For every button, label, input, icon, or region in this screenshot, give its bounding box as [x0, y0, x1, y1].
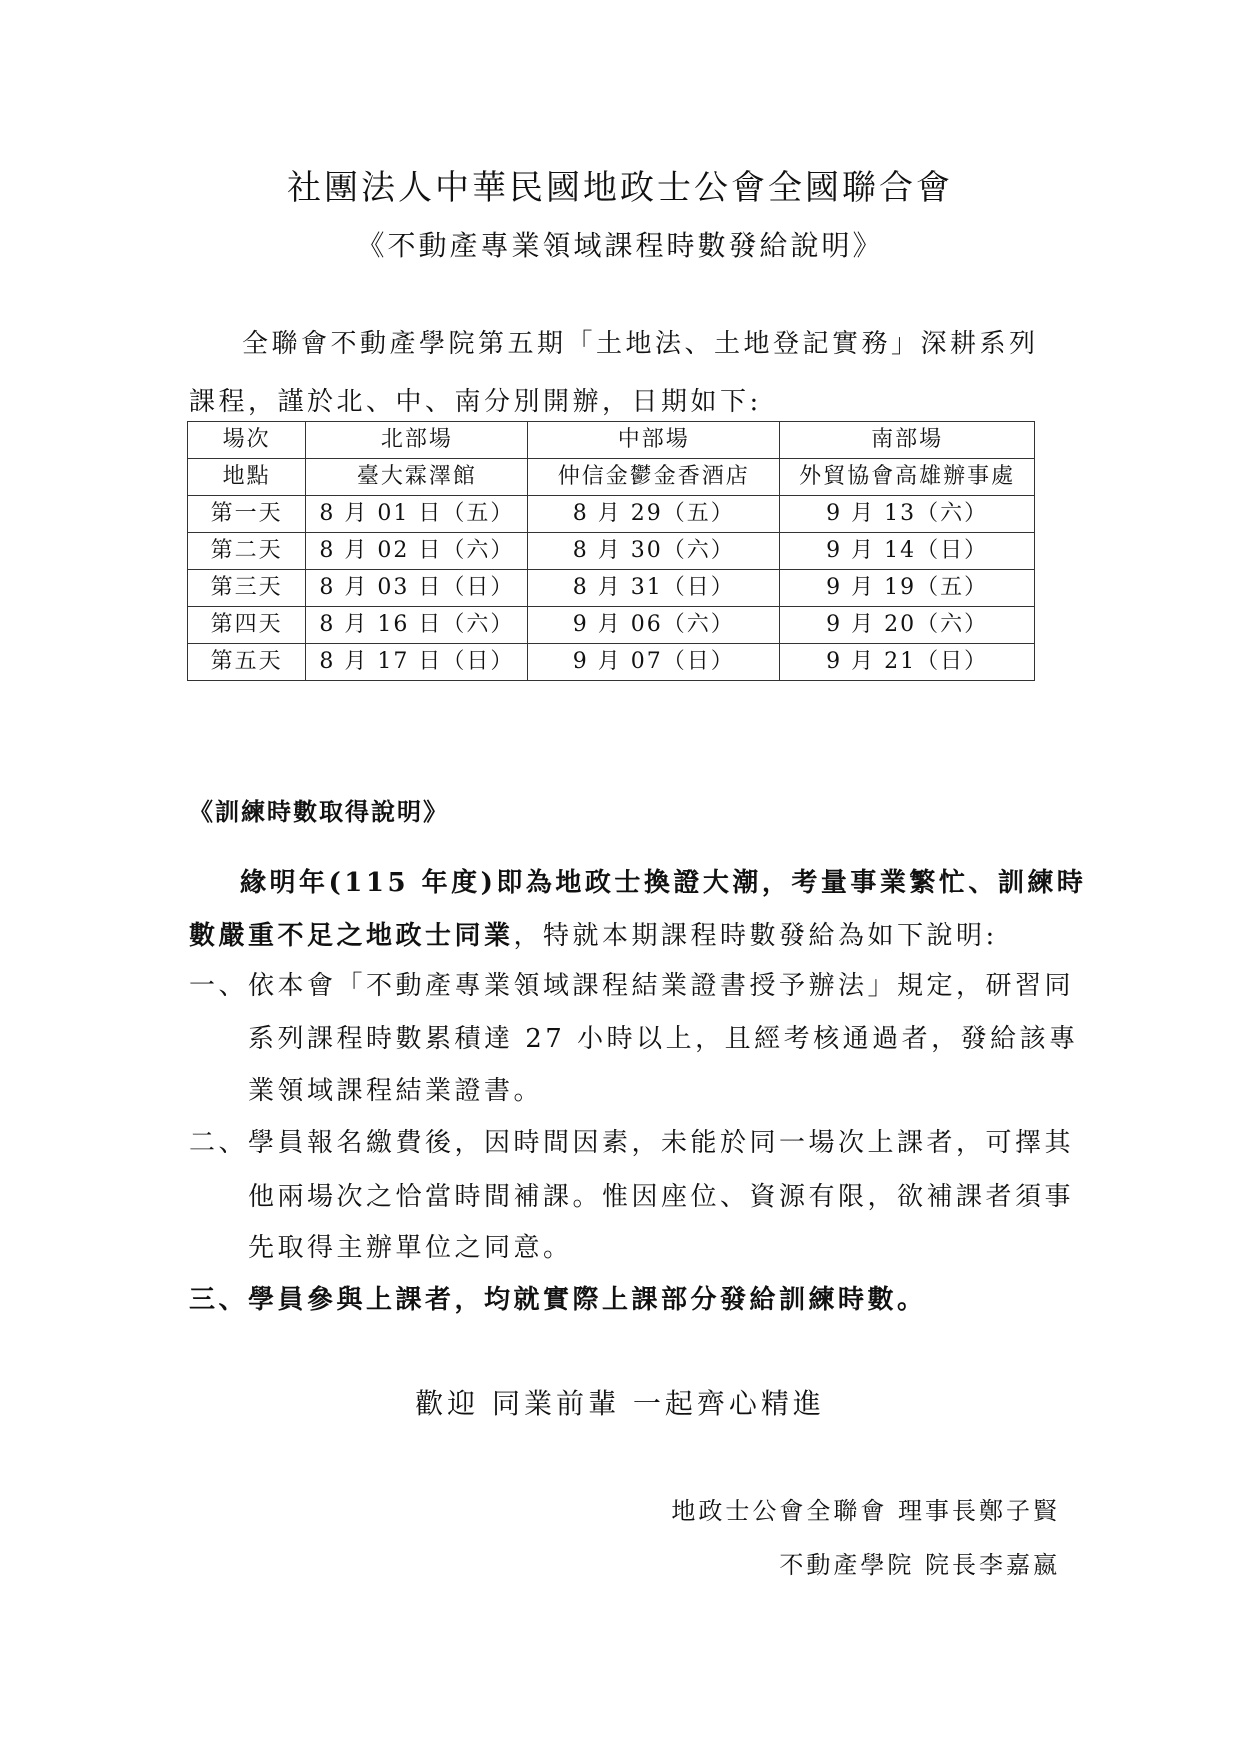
header-cell: 中部場: [528, 422, 780, 459]
item-2-line-3: 先取得主辦單位之同意。: [248, 1231, 573, 1265]
table-cell: 8 月 29（五）: [528, 496, 780, 533]
schedule-table: 場次 北部場 中部場 南部場 地點 臺大霖澤館 仲信金鬱金香酒店 外貿協會高雄辦…: [187, 421, 1035, 681]
training-intro-rest: ，特就本期課程時數發給為如下說明:: [514, 921, 998, 951]
header-cell: 場次: [188, 422, 306, 459]
table-row: 第四天 8 月 16 日（六） 9 月 06（六） 9 月 20（六）: [188, 607, 1035, 644]
table-cell: 外貿協會高雄辦事處: [780, 459, 1035, 496]
table-cell: 第五天: [188, 644, 306, 681]
table-cell: 第一天: [188, 496, 306, 533]
table-cell: 9 月 06（六）: [528, 607, 780, 644]
table-cell: 9 月 14（日）: [780, 533, 1035, 570]
intro-line-2: 課程，謹於北、中、南分別開辦，日期如下:: [189, 385, 762, 419]
table-cell: 臺大霖澤館: [306, 459, 528, 496]
signature-dean: 不動產學院 院長李嘉嬴: [779, 1548, 1060, 1582]
table-cell: 第四天: [188, 607, 306, 644]
intro-line-1: 全聯會不動產學院第五期「土地法、土地登記實務」深耕系列: [242, 327, 1039, 361]
table-cell: 8 月 16 日（六）: [306, 607, 528, 644]
table-cell: 9 月 13（六）: [780, 496, 1035, 533]
table-cell: 9 月 20（六）: [780, 607, 1035, 644]
table-row: 第二天 8 月 02 日（六） 8 月 30（六） 9 月 14（日）: [188, 533, 1035, 570]
table-cell: 仲信金鬱金香酒店: [528, 459, 780, 496]
table-header-row: 場次 北部場 中部場 南部場: [188, 422, 1035, 459]
training-intro-bold: 數嚴重不足之地政士同業: [189, 921, 514, 951]
table-cell: 8 月 02 日（六）: [306, 533, 528, 570]
table-cell: 8 月 17 日（日）: [306, 644, 528, 681]
signature-chairman: 地政士公會全聯會 理事長鄭子賢: [671, 1494, 1060, 1528]
table-cell: 8 月 01 日（五）: [306, 496, 528, 533]
table-cell: 8 月 30（六）: [528, 533, 780, 570]
item-3-line-1: 三、學員參與上課者，均就實際上課部分發給訓練時數。: [189, 1283, 927, 1317]
item-2-line-2: 他兩場次之恰當時間補課。惟因座位、資源有限，欲補課者須事: [248, 1180, 1074, 1214]
item-1-line-1: 一、依本會「不動產專業領域課程結業證書授予辦法」規定，研習同: [189, 969, 1074, 1003]
table-cell: 第二天: [188, 533, 306, 570]
welcome-message: 歡迎 同業前輩 一起齊心精進: [0, 1384, 1240, 1424]
table-row: 第三天 8 月 03 日（日） 8 月 31（日） 9 月 19（五）: [188, 570, 1035, 607]
training-intro-line-2: 數嚴重不足之地政士同業，特就本期課程時數發給為如下說明:: [189, 919, 998, 953]
table-cell: 8 月 31（日）: [528, 570, 780, 607]
table-row: 第一天 8 月 01 日（五） 8 月 29（五） 9 月 13（六）: [188, 496, 1035, 533]
table-cell: 8 月 03 日（日）: [306, 570, 528, 607]
header-cell: 北部場: [306, 422, 528, 459]
item-2-line-1: 二、學員報名繳費後，因時間因素，未能於同一場次上課者，可擇其: [189, 1126, 1074, 1160]
document-subtitle: 《不動產專業領域課程時數發給說明》: [0, 226, 1240, 266]
location-row: 地點 臺大霖澤館 仲信金鬱金香酒店 外貿協會高雄辦事處: [188, 459, 1035, 496]
training-intro-line-1: 緣明年(115 年度)即為地政士換證大潮，考量事業繁忙、訓練時: [240, 866, 1086, 900]
item-1-line-3: 業領域課程結業證書。: [248, 1074, 543, 1108]
item-1-line-2: 系列課程時數累積達 27 小時以上，且經考核通過者，發給該專: [248, 1022, 1079, 1056]
table-cell: 9 月 07（日）: [528, 644, 780, 681]
table-cell: 9 月 19（五）: [780, 570, 1035, 607]
table-cell: 9 月 21（日）: [780, 644, 1035, 681]
table-cell: 地點: [188, 459, 306, 496]
training-section-heading: 《訓練時數取得說明》: [189, 795, 449, 829]
header-cell: 南部場: [780, 422, 1035, 459]
table-cell: 第三天: [188, 570, 306, 607]
document-title: 社團法人中華民國地政士公會全國聯合會: [0, 166, 1240, 210]
table-row: 第五天 8 月 17 日（日） 9 月 07（日） 9 月 21（日）: [188, 644, 1035, 681]
